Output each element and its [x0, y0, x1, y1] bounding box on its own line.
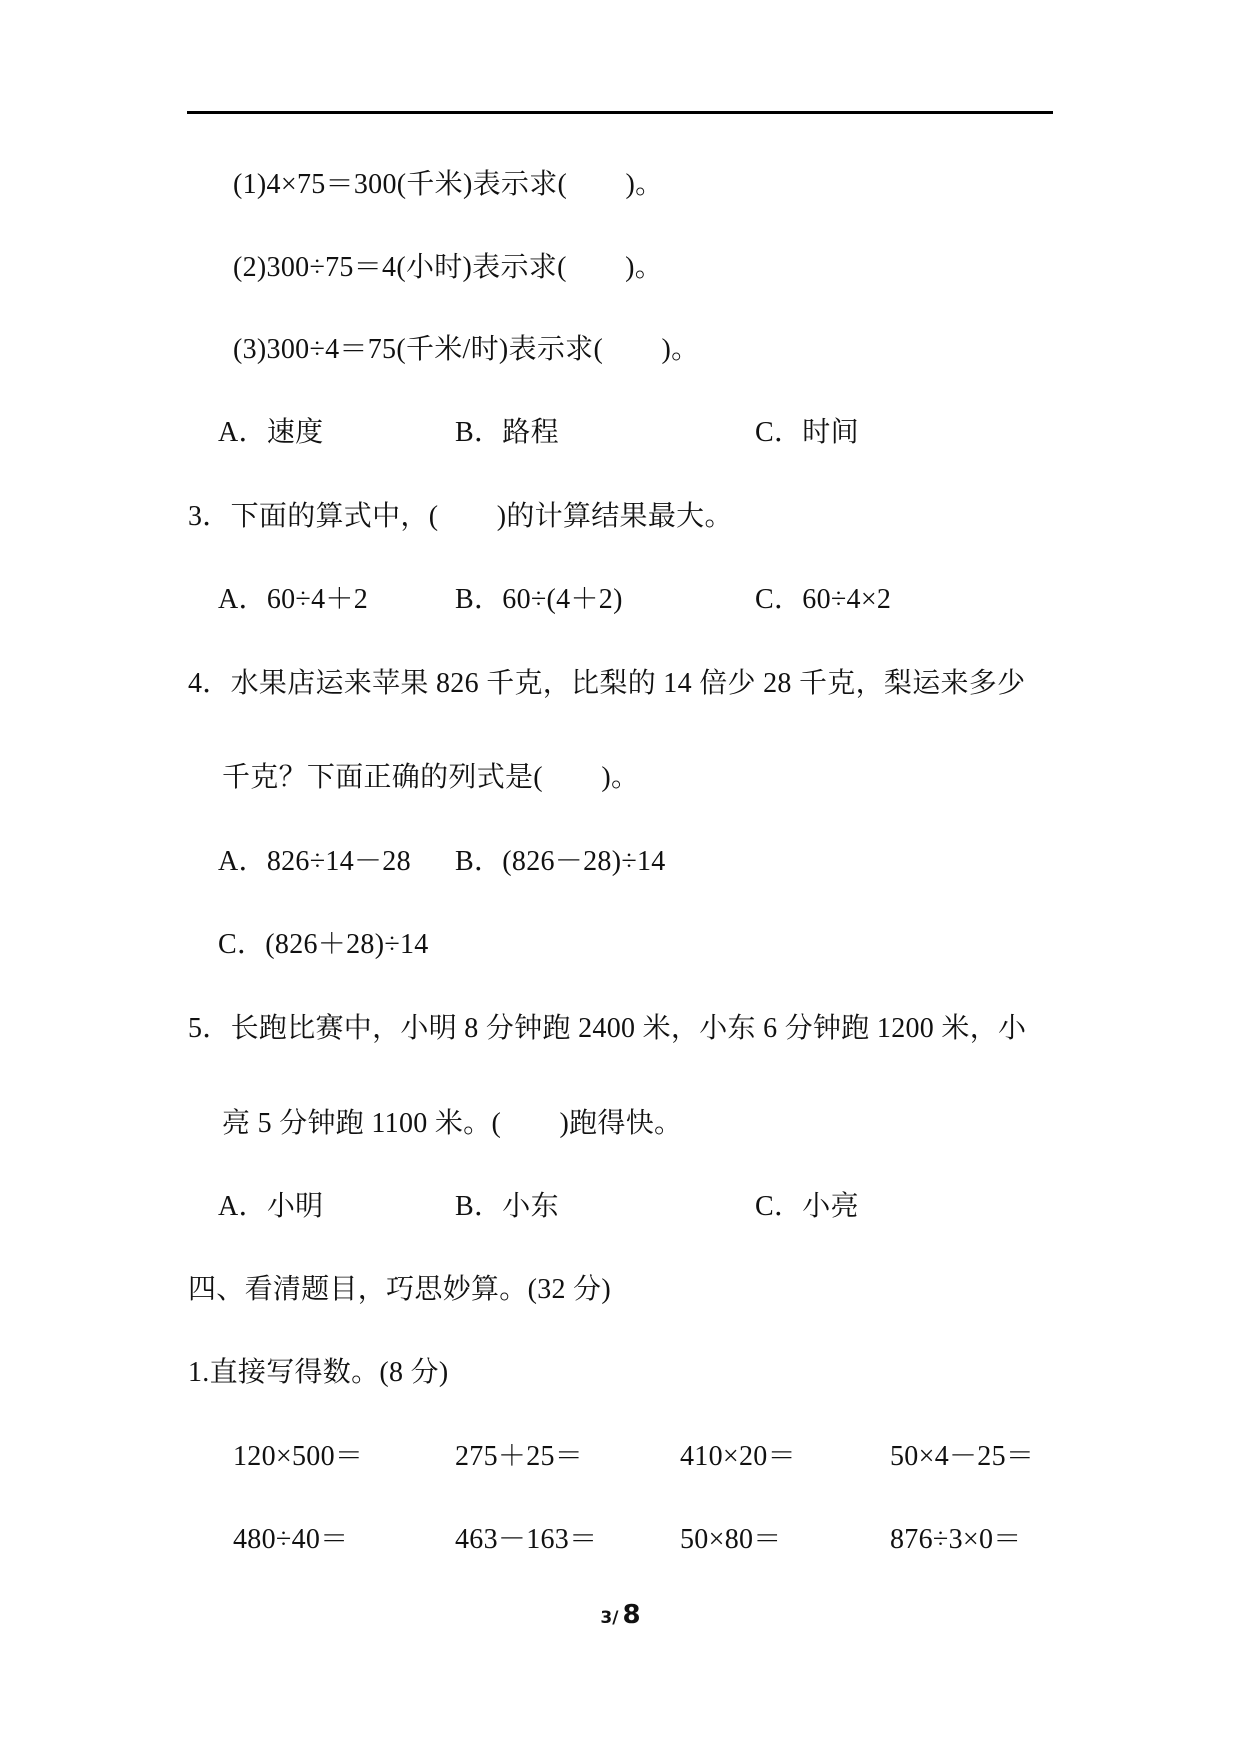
q2-option-a: A．速度 — [218, 417, 323, 449]
q2-sub-3: (3)300÷4＝75(千米/时)表示求( )。 — [233, 334, 699, 366]
header-rule — [187, 111, 1053, 114]
q5-option-c: C．小亮 — [755, 1191, 859, 1223]
calc-r1-c4: 50×4－25＝ — [890, 1441, 1034, 1473]
q5-option-a: A．小明 — [218, 1191, 323, 1223]
q2-sub-2: (2)300÷75＝4(小时)表示求( )。 — [233, 252, 663, 284]
page-total: 8 — [622, 1600, 640, 1630]
q3-option-a: A．60÷4＋2 — [218, 584, 368, 616]
q4-stem-line1: 4．水果店运来苹果 826 千克，比梨的 14 倍少 28 千克，梨运来多少 — [188, 668, 1025, 700]
q5-stem-line1: 5．长跑比赛中，小明 8 分钟跑 2400 米，小东 6 分钟跑 1200 米，… — [188, 1013, 1026, 1045]
q5-option-b: B．小东 — [455, 1191, 559, 1223]
q3-option-b: B．60÷(4＋2) — [455, 584, 623, 616]
q4-option-a: A．826÷14－28 — [218, 846, 411, 878]
q3-option-c: C．60÷4×2 — [755, 584, 891, 616]
q3-stem: 3．下面的算式中，( )的计算结果最大。 — [188, 501, 733, 533]
page-current: 3/ — [600, 1608, 618, 1628]
calc-r1-c2: 275＋25＝ — [455, 1441, 583, 1473]
q4-option-b: B．(826－28)÷14 — [455, 846, 666, 878]
calc-r2-c1: 480÷40＝ — [233, 1524, 348, 1556]
q4-stem-line2: 千克？下面正确的列式是( )。 — [222, 762, 639, 794]
section4-title: 四、看清题目，巧思妙算。(32 分) — [188, 1274, 611, 1306]
q2-option-b: B．路程 — [455, 417, 559, 449]
q4-option-c: C．(826＋28)÷14 — [218, 929, 429, 961]
page-number: 3/8 — [0, 1600, 1241, 1630]
calc-r1-c1: 120×500＝ — [233, 1441, 363, 1473]
q2-sub-1: (1)4×75＝300(千米)表示求( )。 — [233, 169, 663, 201]
calc-r2-c3: 50×80＝ — [680, 1524, 782, 1556]
calc-r1-c3: 410×20＝ — [680, 1441, 796, 1473]
calc-r2-c4: 876÷3×0＝ — [890, 1524, 1022, 1556]
calc-r2-c2: 463－163＝ — [455, 1524, 597, 1556]
q2-option-c: C．时间 — [755, 417, 859, 449]
section4-sub1-title: 1.直接写得数。(8 分) — [188, 1357, 449, 1389]
q5-stem-line2: 亮 5 分钟跑 1100 米。( )跑得快。 — [222, 1108, 682, 1140]
